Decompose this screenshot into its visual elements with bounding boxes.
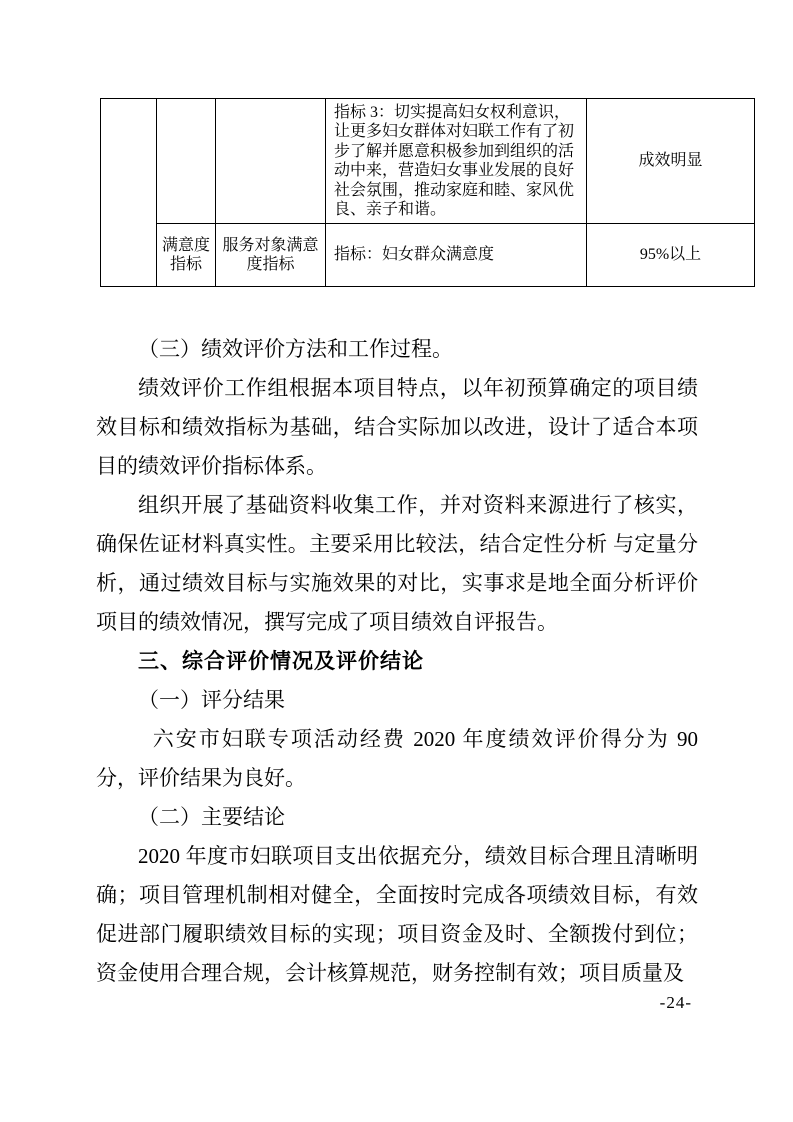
table-cell-indicator-3-target: 成效明显 [587,99,755,224]
paragraph-evaluation-method: 绩效评价工作组根据本项目特点，以年初预算确定的项目绩效目标和绩效指标为基础，结合… [96,369,698,486]
document-page: 指标 3：切实提高妇女权利意识，让更多妇女群体对妇联工作有了初步了解并愿意积极参… [0,0,793,1122]
table-row-satisfaction: 满意度指标 服务对象满意度指标 指标：妇女群众满意度 95%以上 [101,224,755,287]
performance-indicator-table: 指标 3：切实提高妇女权利意识，让更多妇女群体对妇联工作有了初步了解并愿意积极参… [100,98,755,287]
document-body: （三）绩效评价方法和工作过程。 绩效评价工作组根据本项目特点，以年初预算确定的项… [96,330,698,993]
table-cell-category-empty [157,99,216,224]
chapter-3-heading: 三、综合评价情况及评价结论 [96,642,698,681]
paragraph-main-conclusion: 2020 年度市妇联项目支出依据充分，绩效目标合理且清晰明确；项目管理机制相对健… [96,837,698,993]
table-cell-satisfaction-subcategory: 服务对象满意度指标 [216,224,326,287]
table-cell-subcategory-empty [216,99,326,224]
section-3-heading: （三）绩效评价方法和工作过程。 [96,330,698,369]
subsection-1-heading: （一）评分结果 [96,681,698,720]
page-number: -24- [660,992,692,1014]
paragraph-score-result: 六安市妇联专项活动经费 2020 年度绩效评价得分为 90 分，评价结果为良好。 [96,720,698,798]
table-cell-satisfaction-target: 95%以上 [587,224,755,287]
table-cell-indicator-3-text: 指标 3：切实提高妇女权利意识，让更多妇女群体对妇联工作有了初步了解并愿意积极参… [326,99,587,224]
table-cell-satisfaction-category: 满意度指标 [157,224,216,287]
paragraph-data-collection: 组织开展了基础资料收集工作，并对资料来源进行了核实，确保佐证材料真实性。主要采用… [96,486,698,642]
table-cell-left-spanner [101,99,157,287]
table-cell-satisfaction-indicator: 指标：妇女群众满意度 [326,224,587,287]
subsection-2-heading: （二）主要结论 [96,798,698,837]
table-row-indicator-3: 指标 3：切实提高妇女权利意识，让更多妇女群体对妇联工作有了初步了解并愿意积极参… [101,99,755,224]
